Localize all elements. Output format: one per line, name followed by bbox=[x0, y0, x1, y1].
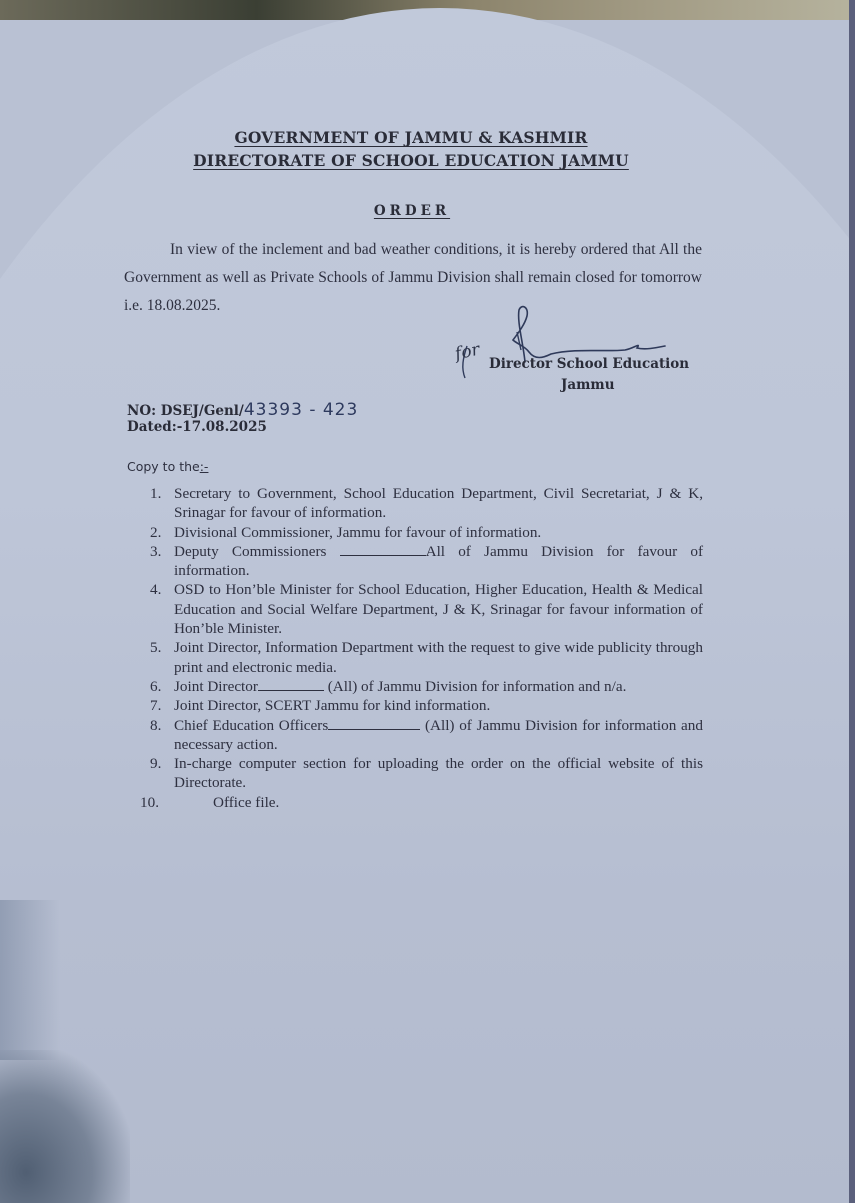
list-item: 10.Office file. bbox=[140, 793, 703, 812]
signatory-designation: Director School Education bbox=[489, 356, 689, 372]
list-item: 9.In-charge computer section for uploadi… bbox=[150, 754, 703, 793]
paper-edge bbox=[849, 0, 855, 1203]
shadow bbox=[0, 1050, 130, 1203]
list-item: 2.Divisional Commissioner, Jammu for fav… bbox=[150, 523, 703, 542]
header-directorate: DIRECTORATE OF SCHOOL EDUCATION JAMMU bbox=[0, 151, 822, 170]
list-item: 7.Joint Director, SCERT Jammu for kind i… bbox=[150, 696, 703, 715]
order-date: Dated:-17.08.2025 bbox=[127, 419, 267, 435]
signatory-place: Jammu bbox=[561, 377, 615, 393]
order-title: ORDER bbox=[0, 203, 824, 219]
shadow bbox=[0, 900, 60, 1060]
list-item: 6.Joint Director (All) of Jammu Division… bbox=[150, 677, 703, 696]
list-item: 4.OSD to Hon’ble Minister for School Edu… bbox=[150, 580, 703, 638]
header-government: GOVERNMENT OF JAMMU & KASHMIR bbox=[0, 128, 822, 147]
list-item: 8.Chief Education Officers (All) of Jamm… bbox=[150, 716, 703, 755]
blank-line bbox=[340, 543, 426, 556]
copy-to-label: Copy to the:- bbox=[127, 459, 208, 474]
blank-line bbox=[258, 678, 324, 691]
reference-label: NO: DSEJ/Genl/ bbox=[127, 403, 244, 419]
reference-handwritten: 43393 - 423 bbox=[244, 400, 358, 420]
list-item: 1.Secretary to Government, School Educat… bbox=[150, 484, 703, 523]
list-item: 3.Deputy Commissioners All of Jammu Divi… bbox=[150, 542, 703, 581]
reference-number: NO: DSEJ/Genl/43393 - 423 bbox=[127, 400, 358, 420]
list-item: 5.Joint Director, Information Department… bbox=[150, 638, 703, 677]
blank-line bbox=[328, 717, 420, 730]
copy-list: 1.Secretary to Government, School Educat… bbox=[150, 484, 703, 812]
